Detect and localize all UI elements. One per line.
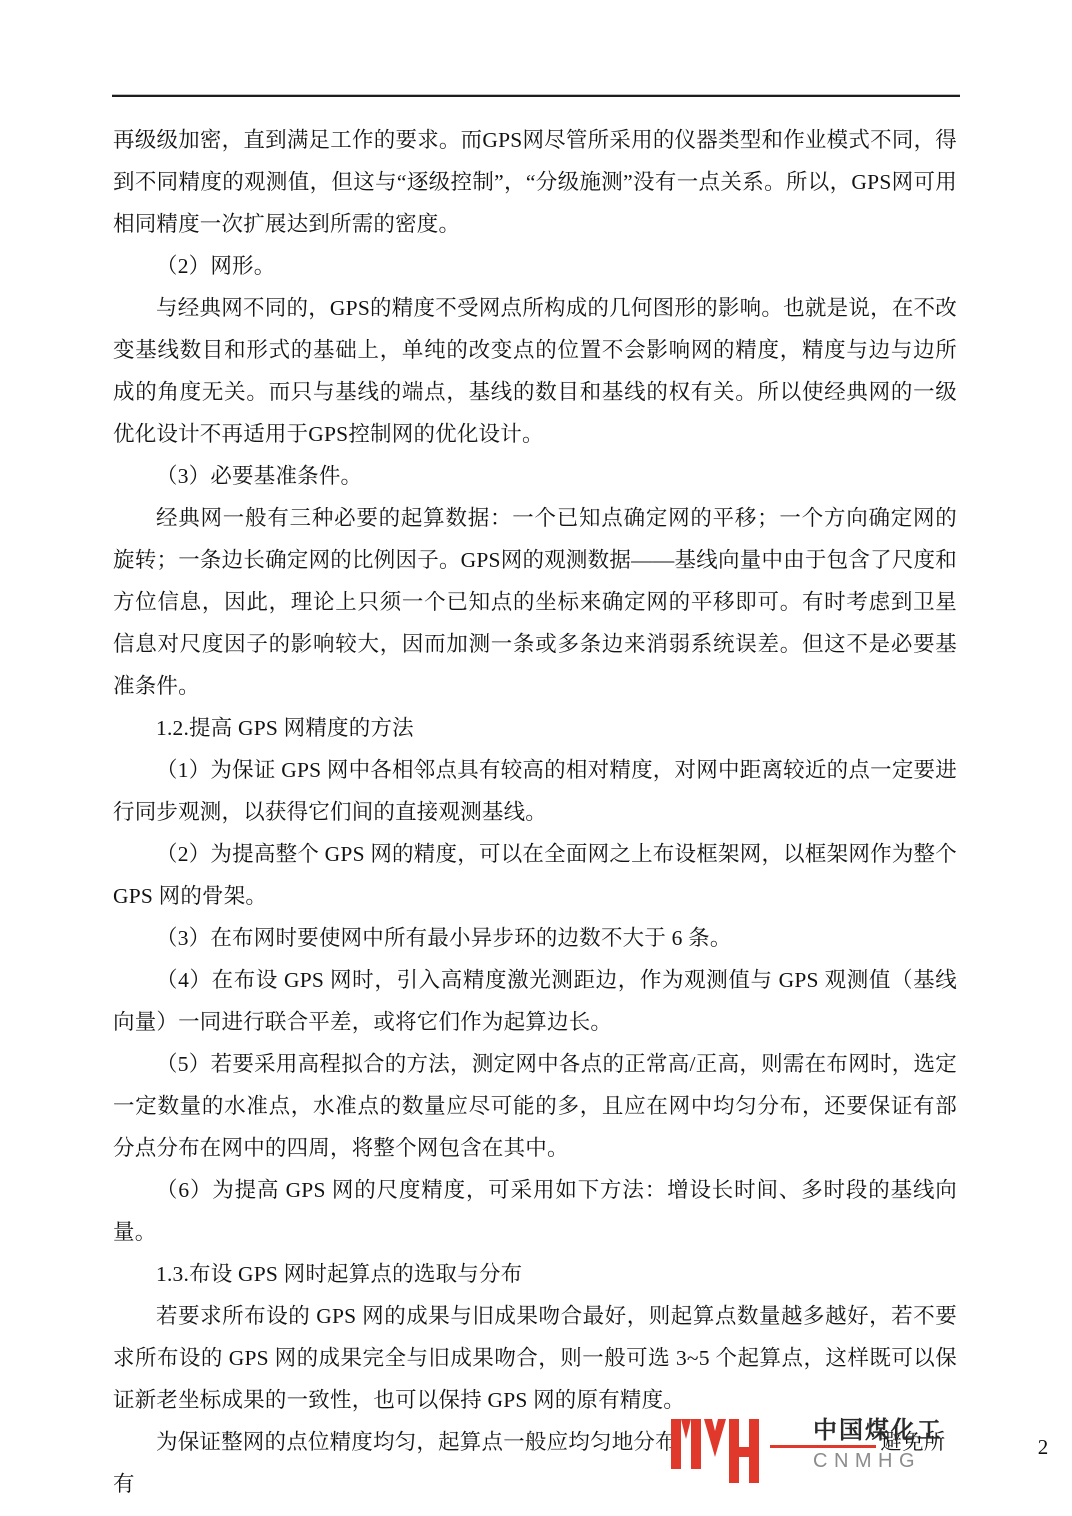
document-page: 再级级加密，直到满足工作的要求。而GPS网尽管所采用的仪器类型和作业模式不同，得… — [0, 0, 1072, 1516]
paragraph-text: （6）为提高 GPS 网的尺度精度，可采用如下方法：增设长时间、多时段的基线向量… — [113, 1178, 957, 1244]
paragraph: 再级级加密，直到满足工作的要求。而GPS网尽管所采用的仪器类型和作业模式不同，得… — [113, 119, 957, 245]
paragraph-text: 再级级加密，直到满足工作的要求。而GPS网尽管所采用的仪器类型和作业模式不同，得… — [113, 128, 957, 236]
paragraph-text: （2）网形。 — [156, 254, 275, 278]
document-body: 再级级加密，直到满足工作的要求。而GPS网尽管所采用的仪器类型和作业模式不同，得… — [113, 119, 957, 1505]
watermark-subtitle: CNMHG — [770, 1450, 943, 1472]
paragraph: （3）在布网时要使网中所有最小异步环的边数不大于 6 条。 — [113, 917, 957, 959]
paragraph: 与经典网不同的，GPS的精度不受网点所构成的几何图形的影响。也就是说，在不改变基… — [113, 287, 957, 455]
paragraph: 经典网一般有三种必要的起算数据：一个已知点确定网的平移；一个方向确定网的旋转；一… — [113, 497, 957, 707]
section-heading: 1.2.提高 GPS 网精度的方法 — [113, 707, 957, 749]
watermark-title: 中国煤化工 — [770, 1418, 943, 1444]
paragraph-text: 为保证整网的点位精度均匀，起算点一般应均匀地分布 — [156, 1430, 677, 1454]
paragraph-text: （3）必要基准条件。 — [156, 464, 362, 488]
coal-chem-mh-icon — [669, 1407, 761, 1487]
paragraph-text: 若要求所布设的 GPS 网的成果与旧成果吻合最好，则起算点数量越多越好，若不要求… — [113, 1304, 957, 1412]
paragraph-text: 与经典网不同的，GPS的精度不受网点所构成的几何图形的影响。也就是说，在不改变基… — [113, 296, 957, 446]
paragraph: 为保证整网的点位精度均匀，起算点一般应均匀地分布 避免所有 中国煤化工 CNMH… — [113, 1421, 957, 1505]
paragraph: （3）必要基准条件。 — [113, 455, 957, 497]
paragraph: （5）若要采用高程拟合的方法，测定网中各点的正常高/正高，则需在布网时，选定一定… — [113, 1043, 957, 1169]
paragraph-text: （2）为提高整个 GPS 网的精度，可以在全面网之上布设框架网，以框架网作为整个… — [113, 842, 957, 908]
section-heading: 1.3.布设 GPS 网时起算点的选取与分布 — [113, 1253, 957, 1295]
paragraph-text: 1.3.布设 GPS 网时起算点的选取与分布 — [156, 1262, 522, 1286]
watermark-text-block: 中国煤化工 CNMHG — [770, 1418, 943, 1472]
page-number: 2 — [1028, 1432, 1058, 1462]
paragraph-text: 经典网一般有三种必要的起算数据：一个已知点确定网的平移；一个方向确定网的旋转；一… — [113, 506, 957, 698]
paragraph-text: 1.2.提高 GPS 网精度的方法 — [156, 716, 414, 740]
paragraph: （1）为保证 GPS 网中各相邻点具有较高的相对精度，对网中距离较近的点一定要进… — [113, 749, 957, 833]
paragraph: （2）网形。 — [113, 245, 957, 287]
paragraph-text: （5）若要采用高程拟合的方法，测定网中各点的正常高/正高，则需在布网时，选定一定… — [113, 1052, 957, 1160]
paragraph-text: （4）在布设 GPS 网时，引入高精度激光测距边，作为观测值与 GPS 观测值（… — [113, 968, 957, 1034]
paragraph: （4）在布设 GPS 网时，引入高精度激光测距边，作为观测值与 GPS 观测值（… — [113, 959, 957, 1043]
paragraph-text: （1）为保证 GPS 网中各相邻点具有较高的相对精度，对网中距离较近的点一定要进… — [113, 758, 957, 824]
header-rule — [112, 94, 960, 97]
paragraph: （2）为提高整个 GPS 网的精度，可以在全面网之上布设框架网，以框架网作为整个… — [113, 833, 957, 917]
paragraph: （6）为提高 GPS 网的尺度精度，可采用如下方法：增设长时间、多时段的基线向量… — [113, 1169, 957, 1253]
paragraph: 若要求所布设的 GPS 网的成果与旧成果吻合最好，则起算点数量越多越好，若不要求… — [113, 1295, 957, 1421]
paragraph-text: （3）在布网时要使网中所有最小异步环的边数不大于 6 条。 — [156, 926, 732, 950]
watermark-logo: 中国煤化工 CNMHG — [669, 1407, 943, 1487]
watermark-rule — [770, 1445, 876, 1448]
